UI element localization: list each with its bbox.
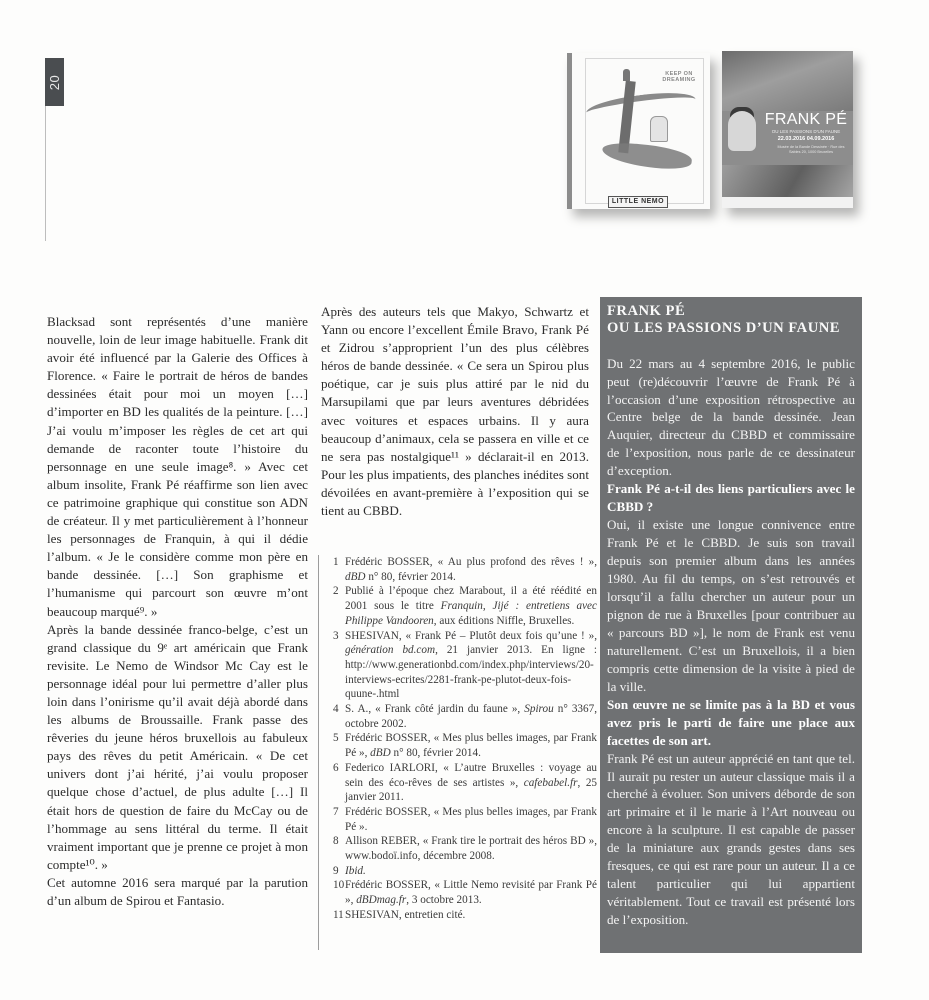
footnote: 10Frédéric BOSSER, « Little Nemo revisit…	[333, 878, 597, 907]
footnote: 7Frédéric BOSSER, « Mes plus belles imag…	[333, 805, 597, 834]
cover-tagline: KEEP ON DREAMING	[654, 71, 704, 83]
footnote: 9Ibid.	[333, 864, 597, 879]
poster-top-illustration	[722, 51, 853, 111]
little-nemo-cover-image: KEEP ON DREAMING LITTLE NEMO Frank Pé	[567, 53, 710, 209]
poster-dates: 22.03.2016 04.09.2016	[760, 136, 852, 142]
footnote: 8Allison REBER, « Frank tire le portrait…	[333, 834, 597, 863]
interview-question: Frank Pé a-t-il des liens particuliers a…	[607, 480, 855, 516]
paragraph: Après des auteurs tels que Makyo, Schwar…	[321, 303, 589, 520]
poster-title: FRANK PÉ	[760, 111, 852, 128]
footnote: 4S. A., « Frank côté jardin du faune », …	[333, 702, 597, 731]
poster-bottom-illustration	[722, 165, 853, 197]
child-illustration	[728, 111, 756, 151]
margin-rule	[45, 106, 46, 241]
poster-logos-strip	[722, 197, 853, 208]
footnotes: 1Frédéric BOSSER, « Au plus profond des …	[318, 555, 597, 950]
article-middle-column: Après des auteurs tels que Makyo, Schwar…	[321, 303, 589, 520]
footnote: 2Publié à l’époque chez Marabout, il a é…	[333, 584, 597, 628]
column-statue-illustration	[623, 69, 630, 81]
box-intro: Du 22 mars au 4 septembre 2016, le publi…	[607, 355, 855, 481]
page-number: 20	[47, 74, 62, 89]
cover-title: LITTLE NEMO	[608, 196, 668, 208]
interview-answer: Frank Pé est un auteur apprécié en tant …	[607, 750, 855, 930]
interview-answer: Oui, il existe une longue connivence ent…	[607, 516, 855, 696]
paragraph: Blacksad sont représentés d’une manière …	[47, 313, 308, 621]
interview-question: Son œuvre ne se limite pas à la BD et vo…	[607, 696, 855, 750]
box-title: FRANK PÉ OU LES PASSIONS D’UN FAUNE	[607, 303, 855, 338]
poster-subtitle: OU LES PASSIONS D'UN FAUNE	[760, 129, 852, 134]
footnote: 3SHESIVAN, « Frank Pé – Plutôt deux fois…	[333, 629, 597, 703]
footnote: 11SHESIVAN, entretien cité.	[333, 908, 597, 923]
paragraph: Après la bande dessinée franco-belge, c’…	[47, 621, 308, 874]
footnote: 5Frédéric BOSSER, « Mes plus belles imag…	[333, 731, 597, 760]
exhibition-poster-image: FRANK PÉ OU LES PASSIONS D'UN FAUNE 22.0…	[722, 51, 853, 208]
interview-sidebar-box: FRANK PÉ OU LES PASSIONS D’UN FAUNE Du 2…	[600, 297, 862, 953]
page-number-tab: 20	[45, 58, 64, 106]
article-left-column: Blacksad sont représentés d’une manière …	[47, 313, 308, 910]
footnote: 6Federico IARLORI, « L’autre Bruxelles :…	[333, 761, 597, 805]
poster-address: Musée de la Bande Dessinée · Rue des Sab…	[774, 145, 848, 154]
box-body: Du 22 mars au 4 septembre 2016, le publi…	[607, 355, 855, 930]
paragraph: Cet automne 2016 sera marqué par la paru…	[47, 874, 308, 910]
nemo-figure-illustration	[650, 116, 668, 142]
footnote: 1Frédéric BOSSER, « Au plus profond des …	[333, 555, 597, 584]
